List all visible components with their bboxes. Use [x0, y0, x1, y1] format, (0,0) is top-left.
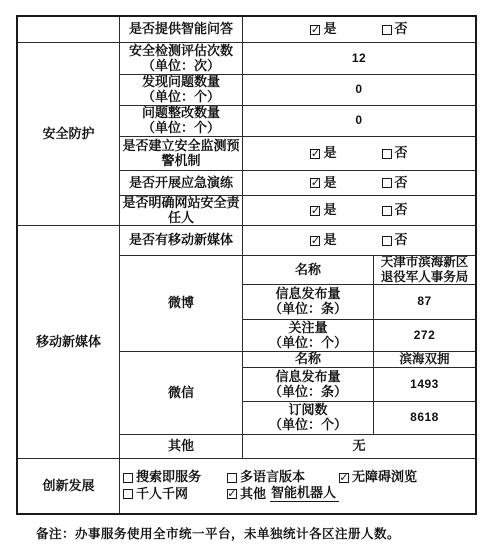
- smart-qa-label: 是否提供智能问答: [120, 17, 243, 43]
- weibo-name-label: 名称: [243, 256, 374, 285]
- search-as-service-option: 搜索即服务: [123, 470, 227, 485]
- unchecked-checkbox-icon: [382, 236, 392, 246]
- security-metric-value: 0: [243, 75, 475, 106]
- weibo-posts-label: 信息发布量 （单位：条）: [243, 285, 374, 320]
- wechat-name-value: 滨海双拥: [374, 352, 475, 368]
- checked-checkbox-icon: ✓: [310, 236, 320, 246]
- smart-qa-yesno-cell: ✓ 是 否: [243, 17, 475, 43]
- no-option: 否: [382, 203, 408, 218]
- yes-label: 是: [323, 22, 336, 37]
- other-innovation-fill-in: 智能机器人: [270, 486, 339, 502]
- unchecked-checkbox-icon: [382, 178, 392, 188]
- security-yesno-label: 是否开展应急演练: [120, 171, 243, 196]
- security-metric-value: 0: [243, 106, 475, 137]
- empty-corner-cell: [18, 17, 120, 43]
- weibo-posts-value: 87: [374, 285, 475, 320]
- no-label: 否: [395, 233, 408, 248]
- unit-label: （单位：个）: [269, 336, 347, 351]
- security-yesno-cell: ✓ 是 否: [243, 137, 475, 171]
- multilingual-option: 多语言版本: [227, 470, 339, 485]
- has-media-label: 是否有移动新媒体: [120, 226, 243, 256]
- yes-label: 是: [323, 203, 336, 218]
- section-label-innovation: 创新发展: [18, 459, 120, 513]
- checked-checkbox-icon: ✓: [310, 149, 320, 159]
- unchecked-checkbox-icon: [382, 149, 392, 159]
- weibo-followers-value: 272: [374, 320, 475, 352]
- weibo-followers-label: 关注量 （单位：个）: [243, 320, 374, 352]
- security-yesno-label: 是否建立安全监测预警机制: [120, 137, 243, 171]
- unit-label: （单位：次）: [142, 59, 220, 74]
- security-yesno-cell: ✓ 是 否: [243, 171, 475, 196]
- accessibility-option: ✓ 无障碍浏览: [339, 470, 417, 485]
- wechat-subscribers-label: 订阅数 （单位：个）: [243, 402, 374, 435]
- innovation-options-cell: 搜索即服务 多语言版本 ✓ 无障碍浏览 千人千网 ✓ 其他 智能机器人: [120, 459, 475, 513]
- no-label: 否: [395, 203, 408, 218]
- checked-checkbox-icon: ✓: [310, 25, 320, 35]
- security-metric-label: 问题整改数量 （单位：个）: [120, 106, 243, 137]
- no-option: 否: [382, 233, 408, 248]
- unchecked-checkbox-icon: [382, 25, 392, 35]
- no-label: 否: [395, 146, 408, 161]
- unit-label: （单位：条）: [269, 385, 347, 400]
- weibo-group-label: 微博: [120, 256, 243, 352]
- no-option: 否: [382, 176, 408, 191]
- weibo-name-value: 天津市滨海新区退役军人事务局: [374, 256, 475, 285]
- checked-checkbox-icon: ✓: [310, 178, 320, 188]
- yes-label: 是: [323, 146, 336, 161]
- yes-option: ✓ 是: [310, 233, 336, 248]
- yes-option: ✓ 是: [310, 146, 336, 161]
- wechat-name-label: 名称: [243, 352, 374, 368]
- yes-option: ✓ 是: [310, 176, 336, 191]
- yes-label: 是: [323, 233, 336, 248]
- unit-label: （单位：个）: [142, 90, 220, 105]
- other-innovation-option: ✓ 其他 智能机器人: [227, 486, 339, 502]
- security-metric-label: 发现问题数量 （单位：个）: [120, 75, 243, 106]
- unchecked-checkbox-icon: [227, 473, 237, 483]
- unit-label: （单位：条）: [269, 302, 347, 317]
- has-media-yesno-cell: ✓ 是 否: [243, 226, 475, 256]
- innovation-row-2: 千人千网 ✓ 其他 智能机器人: [123, 486, 339, 502]
- security-yesno-cell: ✓ 是 否: [243, 196, 475, 226]
- report-table: 是否提供智能问答 ✓ 是 否 安全防护 安全检测评估次数 （单位：次） 12 发…: [16, 15, 477, 515]
- unit-label: （单位：个）: [142, 121, 220, 136]
- yes-option: ✓ 是: [310, 203, 336, 218]
- wechat-group-label: 微信: [120, 352, 243, 435]
- unchecked-checkbox-icon: [123, 489, 133, 499]
- no-label: 否: [395, 22, 408, 37]
- yes-label: 是: [323, 176, 336, 191]
- personalized-site-option: 千人千网: [123, 487, 227, 502]
- checked-checkbox-icon: ✓: [310, 206, 320, 216]
- section-label-security: 安全防护: [18, 43, 120, 226]
- remark-note: 备注：办事服务使用全市统一平台，未单独统计各区注册人数。: [36, 524, 400, 542]
- security-metric-value: 12: [243, 43, 475, 75]
- security-metric-label: 安全检测评估次数 （单位：次）: [120, 43, 243, 75]
- innovation-row-1: 搜索即服务 多语言版本 ✓ 无障碍浏览: [123, 470, 417, 485]
- unchecked-checkbox-icon: [382, 206, 392, 216]
- unchecked-checkbox-icon: [123, 473, 133, 483]
- other-media-label: 其他: [120, 435, 243, 459]
- no-label: 否: [395, 176, 408, 191]
- yes-option: ✓ 是: [310, 22, 336, 37]
- section-label-mobile-media: 移动新媒体: [18, 226, 120, 459]
- unit-label: （单位：个）: [269, 418, 347, 433]
- wechat-subscribers-value: 8618: [374, 402, 475, 435]
- security-yesno-label: 是否明确网站安全责任人: [120, 196, 243, 226]
- other-media-value: 无: [243, 435, 475, 459]
- wechat-posts-label: 信息发布量 （单位：条）: [243, 368, 374, 402]
- checked-checkbox-icon: ✓: [339, 473, 349, 483]
- no-option: 否: [382, 146, 408, 161]
- wechat-posts-value: 1493: [374, 368, 475, 402]
- checked-checkbox-icon: ✓: [227, 489, 237, 499]
- no-option: 否: [382, 22, 408, 37]
